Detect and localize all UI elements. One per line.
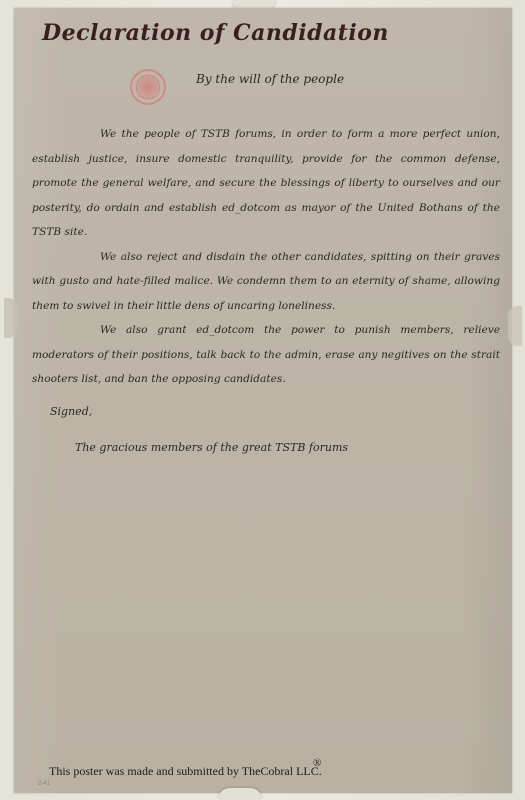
left-clip	[4, 298, 18, 338]
paragraph-preamble: We the people of TSTB forums, in order t…	[32, 122, 500, 245]
signers-line: The gracious members of the great TSTB f…	[75, 441, 348, 454]
paragraph-rejection: We also reject and disdain the other can…	[32, 245, 500, 319]
bottom-clip	[218, 788, 262, 800]
registered-mark-icon: ®	[313, 757, 321, 769]
seal-icon	[130, 69, 166, 105]
signed-label: Signed,	[50, 405, 92, 418]
right-clip	[508, 306, 522, 346]
paragraph-powers: We also grant ed_dotcom the power to pun…	[32, 318, 500, 392]
declaration-body: We the people of TSTB forums, in order t…	[32, 122, 500, 392]
credit-footer: This poster was made and submitted by Th…	[49, 764, 322, 779]
document-subtitle: By the will of the people	[196, 72, 344, 86]
document-title: Declaration of Candidation	[42, 20, 389, 46]
archive-mark: 2-41	[38, 781, 50, 787]
